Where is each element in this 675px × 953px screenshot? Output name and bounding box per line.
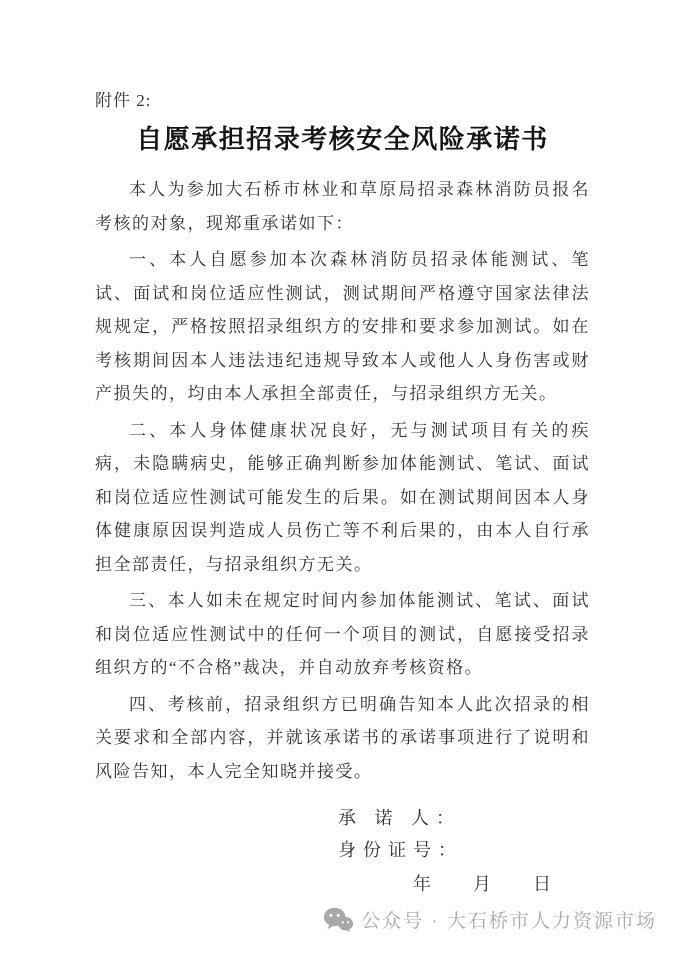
id-number-label: 身份证号： bbox=[338, 834, 590, 866]
paragraph-3: 三、本人如未在规定时间内参加体能测试、笔试、面试和岗位适应性测试中的任何一个项目… bbox=[95, 584, 590, 685]
wechat-icon bbox=[323, 907, 353, 932]
promisor-label: 承 诺 人： bbox=[338, 802, 590, 834]
intro-paragraph: 本人为参加大石桥市林业和草原局招录森林消防员报名考核的对象，现郑重承诺如下： bbox=[95, 173, 590, 240]
attachment-label: 附件 2: bbox=[95, 86, 590, 111]
paragraph-2: 二、本人身体健康状况良好，无与测试项目有关的疾病，未隐瞒病史，能够正确判断参加体… bbox=[95, 414, 590, 582]
document-page: 附件 2: 自愿承担招录考核安全风险承诺书 本人为参加大石桥市林业和草原局招录森… bbox=[0, 0, 675, 900]
paragraph-1: 一、本人自愿参加本次森林消防员招录体能测试、笔试、面试和岗位适应性测试，测试期间… bbox=[95, 243, 590, 411]
document-body: 本人为参加大石桥市林业和草原局招录森林消防员报名考核的对象，现郑重承诺如下： 一… bbox=[95, 173, 590, 788]
date-line: 年 月 日 bbox=[413, 868, 590, 900]
watermark-text: 公众号 · 大石桥市人力资源市场 bbox=[361, 906, 657, 933]
signature-block: 承 诺 人： 身份证号： 年 月 日 bbox=[95, 802, 590, 900]
paragraph-4: 四、考核前，招录组织方已明确告知本人此次招录的相关要求和全部内容，并就该承诺书的… bbox=[95, 688, 590, 789]
watermark-footer: 公众号 · 大石桥市人力资源市场 bbox=[323, 906, 657, 933]
document-title: 自愿承担招录考核安全风险承诺书 bbox=[95, 119, 590, 156]
